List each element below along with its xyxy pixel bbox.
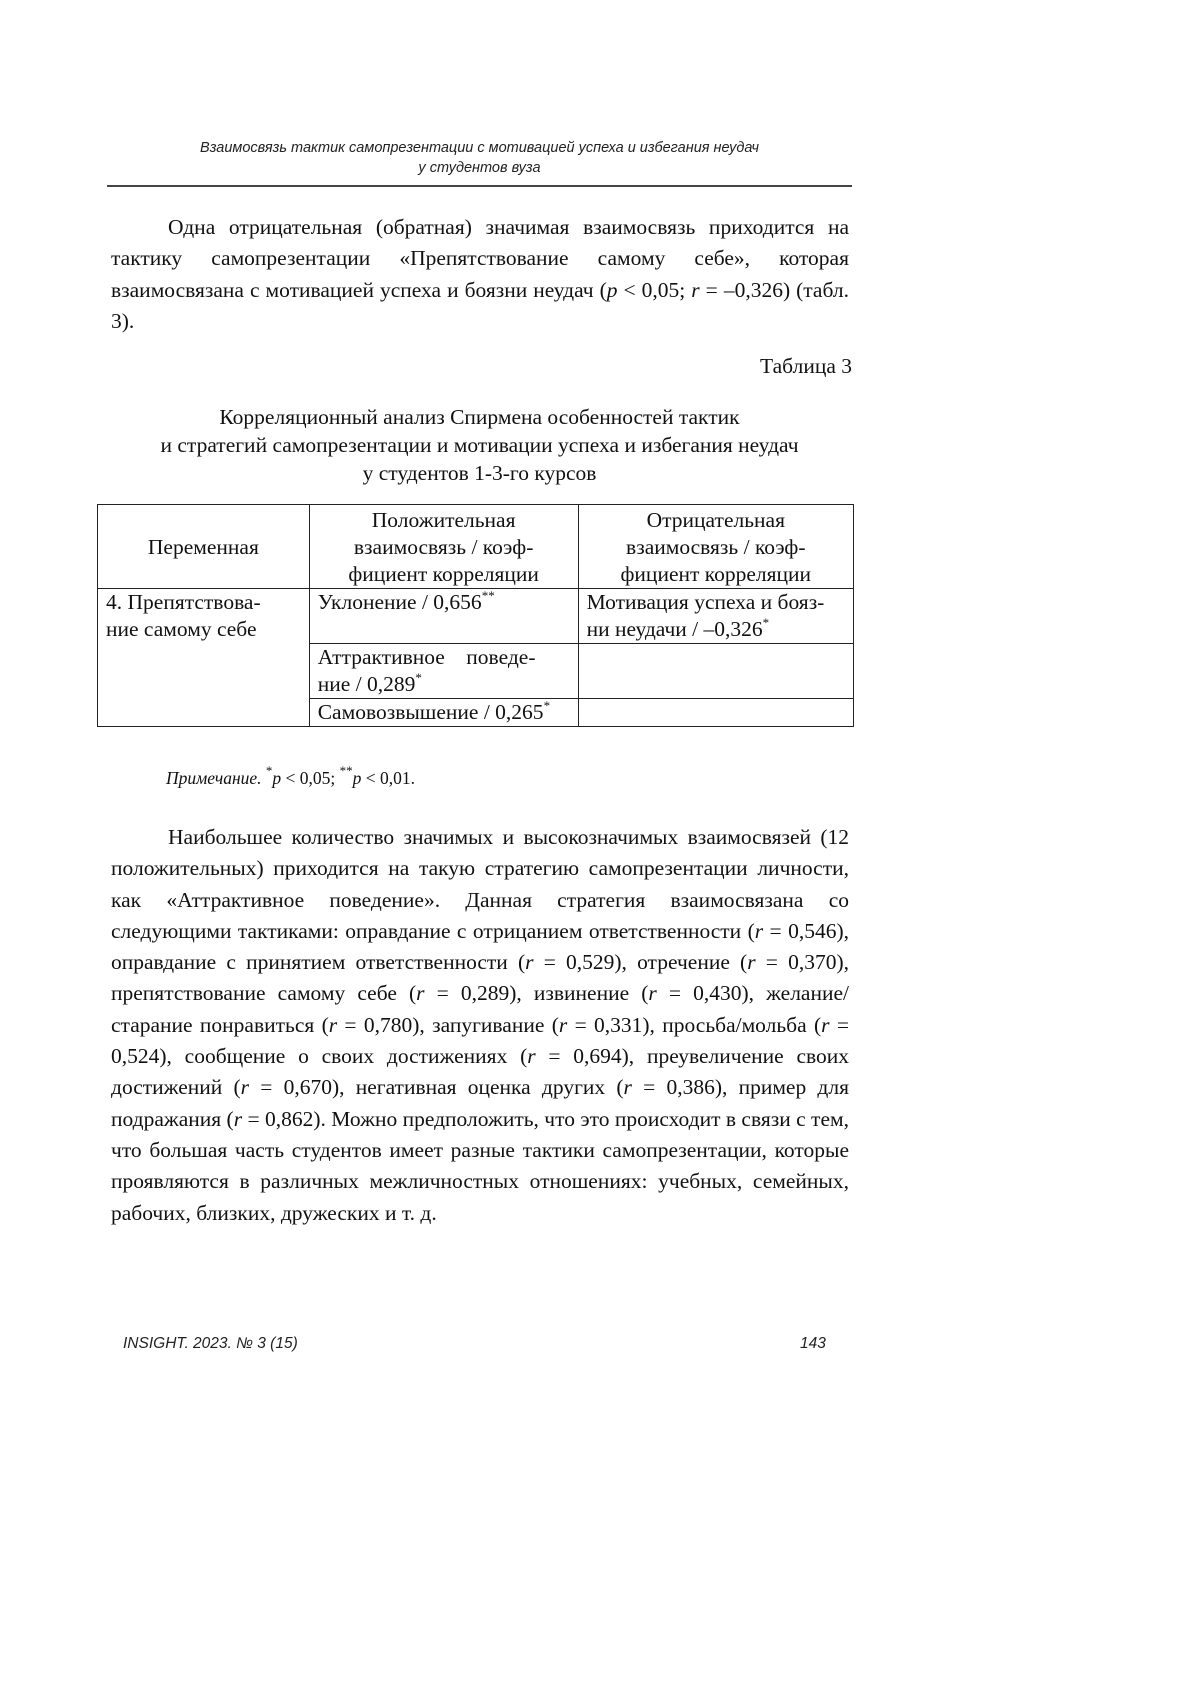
p-symbol: p [272,768,281,788]
correlation-table: Переменная Положительнаявзаимосвязь / ко… [97,504,854,727]
header-negative: Отрицательнаявзаимосвязь / коэф-фициент … [578,505,853,589]
note-threshold: < 0,05; [281,768,339,788]
r-symbol: r [691,278,699,302]
negative-cell [578,644,853,699]
table-header-row: Переменная Положительнаявзаимосвязь / ко… [98,505,854,589]
correlation-item: негативная оценка других (r = 0,386), [356,1075,739,1099]
header-positive: Положительнаявзаимосвязь / коэф-фициент … [309,505,578,589]
running-head-line-2: у студентов вуза [107,158,852,178]
significance-mark: ** [482,588,495,603]
significance-mark: * [415,670,422,685]
paragraph-2: Наибольшее количество значимых и высокоз… [111,822,849,1229]
positive-value: Самовозвышение / 0,265 [318,700,544,724]
significance-mark: * [544,698,551,713]
note-label: Примечание. [166,768,262,788]
table-note: Примечание. *p < 0,05; **p < 0,01. [166,766,415,790]
correlation-item: извинение (r = 0,430), [534,981,766,1005]
table-title-line: у студентов 1-3-го курсов [107,459,852,487]
positive-cell: Самовозвышение / 0,265* [309,699,578,727]
p-value: < 0,05; [618,278,692,302]
journal-footer: INSIGHT. 2023. № 3 (15) [123,1335,298,1353]
page-number: 143 [800,1335,826,1353]
correlation-item: сообщение о своих достижениях (r = 0,694… [185,1044,647,1068]
significance-mark: * [763,615,770,630]
table-title-line: и стратегий самопрезентации и мотивации … [107,431,852,459]
negative-cell: Мотивация успеха и бояз-ни неудачи / –0,… [578,589,853,644]
positive-cell: Аттрактивное поведе-ние / 0,289* [309,644,578,699]
negative-cell [578,699,853,727]
paragraph-1: Одна отрицательная (обратная) значимая в… [111,212,849,337]
table-row: 4. Препятствова-ние самому себе Уклонени… [98,589,854,644]
p-symbol: p [607,278,618,302]
running-head-line-1: Взаимосвязь тактик самопрезентации с мот… [107,138,852,158]
header-variable: Переменная [98,505,310,589]
correlation-item: отречение (r = 0,370), [637,950,849,974]
running-head: Взаимосвязь тактик самопрезентации с мот… [107,138,852,178]
significance-mark: ** [340,763,353,778]
correlation-item: препятствование самому себе (r = 0,289), [111,981,534,1005]
header-rule [107,185,852,187]
correlation-item: оправдание с отрицанием ответственности … [345,919,849,943]
variable-cell: 4. Препятствова-ние самому себе [98,589,310,727]
positive-value: Уклонение / 0,656 [318,590,482,614]
positive-cell: Уклонение / 0,656** [309,589,578,644]
table-title: Корреляционный анализ Спирмена особеннос… [107,403,852,487]
correlation-item: запугивание (r = 0,331), [432,1013,662,1037]
correlation-list: оправдание с отрицанием ответственности … [111,919,849,1131]
document-page: Взаимосвязь тактик самопрезентации с мот… [0,0,1200,1698]
note-threshold: < 0,01. [361,768,415,788]
table-label: Таблица 3 [760,352,852,380]
correlation-item: оправдание с принятием ответственности (… [111,950,637,974]
table-title-line: Корреляционный анализ Спирмена особеннос… [107,403,852,431]
